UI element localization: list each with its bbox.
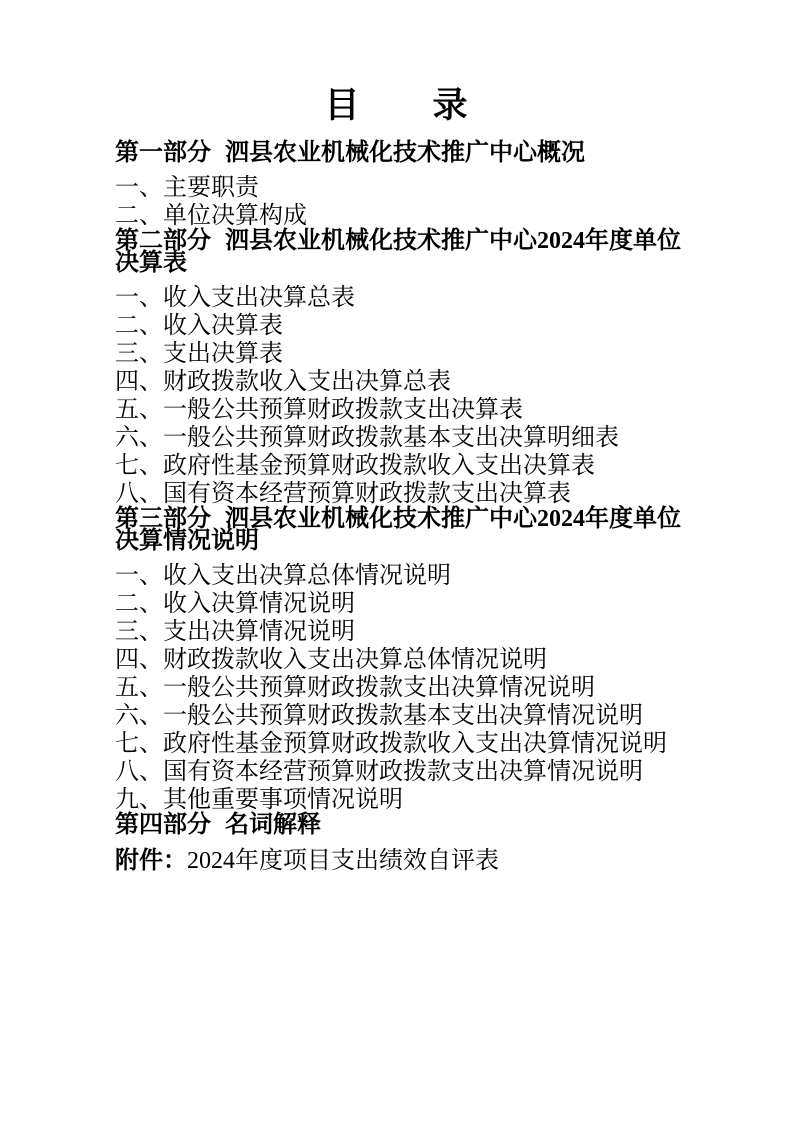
toc-item: 九、其他重要事项情况说明 (115, 786, 690, 814)
toc-sections: 第一部分 泗县农业机械化技术推广中心概况一、主要职责二、单位决算构成第二部分 泗… (115, 142, 690, 836)
toc-item: 四、财政拨款收入支出决算总体情况说明 (115, 646, 690, 674)
toc-item: 二、单位决算构成 (115, 202, 690, 230)
toc-item: 一、收入支出决算总表 (115, 284, 690, 312)
toc-item: 八、国有资本经营预算财政拨款支出决算表 (115, 480, 690, 508)
toc-item: 三、支出决算情况说明 (115, 618, 690, 646)
attachment-text: 2024年度项目支出绩效自评表 (187, 848, 499, 874)
toc-item: 七、政府性基金预算财政拨款收入支出决算表 (115, 452, 690, 480)
section-heading-2: 第二部分 泗县农业机械化技术推广中心2024年度单位决算表 (115, 230, 690, 274)
toc-item: 二、收入决算表 (115, 312, 690, 340)
toc-item: 八、国有资本经营预算财政拨款支出决算情况说明 (115, 758, 690, 786)
toc-item: 一、主要职责 (115, 174, 690, 202)
toc-item: 二、收入决算情况说明 (115, 590, 690, 618)
toc-item: 三、支出决算表 (115, 340, 690, 368)
attachment-line: 附件：2024年度项目支出绩效自评表 (115, 846, 690, 876)
attachment-label: 附件： (115, 848, 187, 874)
toc-item: 六、一般公共预算财政拨款基本支出决算情况说明 (115, 702, 690, 730)
toc-item: 四、财政拨款收入支出决算总表 (115, 368, 690, 396)
toc-page: 目 录 第一部分 泗县农业机械化技术推广中心概况一、主要职责二、单位决算构成第二… (0, 0, 793, 1122)
section-heading-3: 第三部分 泗县农业机械化技术推广中心2024年度单位决算情况说明 (115, 508, 690, 552)
section-heading-1: 第一部分 泗县农业机械化技术推广中心概况 (115, 142, 690, 164)
toc-item: 一、收入支出决算总体情况说明 (115, 562, 690, 590)
toc-item: 七、政府性基金预算财政拨款收入支出决算情况说明 (115, 730, 690, 758)
toc-item: 五、一般公共预算财政拨款支出决算表 (115, 396, 690, 424)
page-title: 目 录 (0, 0, 793, 128)
toc-item: 六、一般公共预算财政拨款基本支出决算明细表 (115, 424, 690, 452)
toc-item: 五、一般公共预算财政拨款支出决算情况说明 (115, 674, 690, 702)
section-heading-4: 第四部分 名词解释 (115, 814, 690, 836)
